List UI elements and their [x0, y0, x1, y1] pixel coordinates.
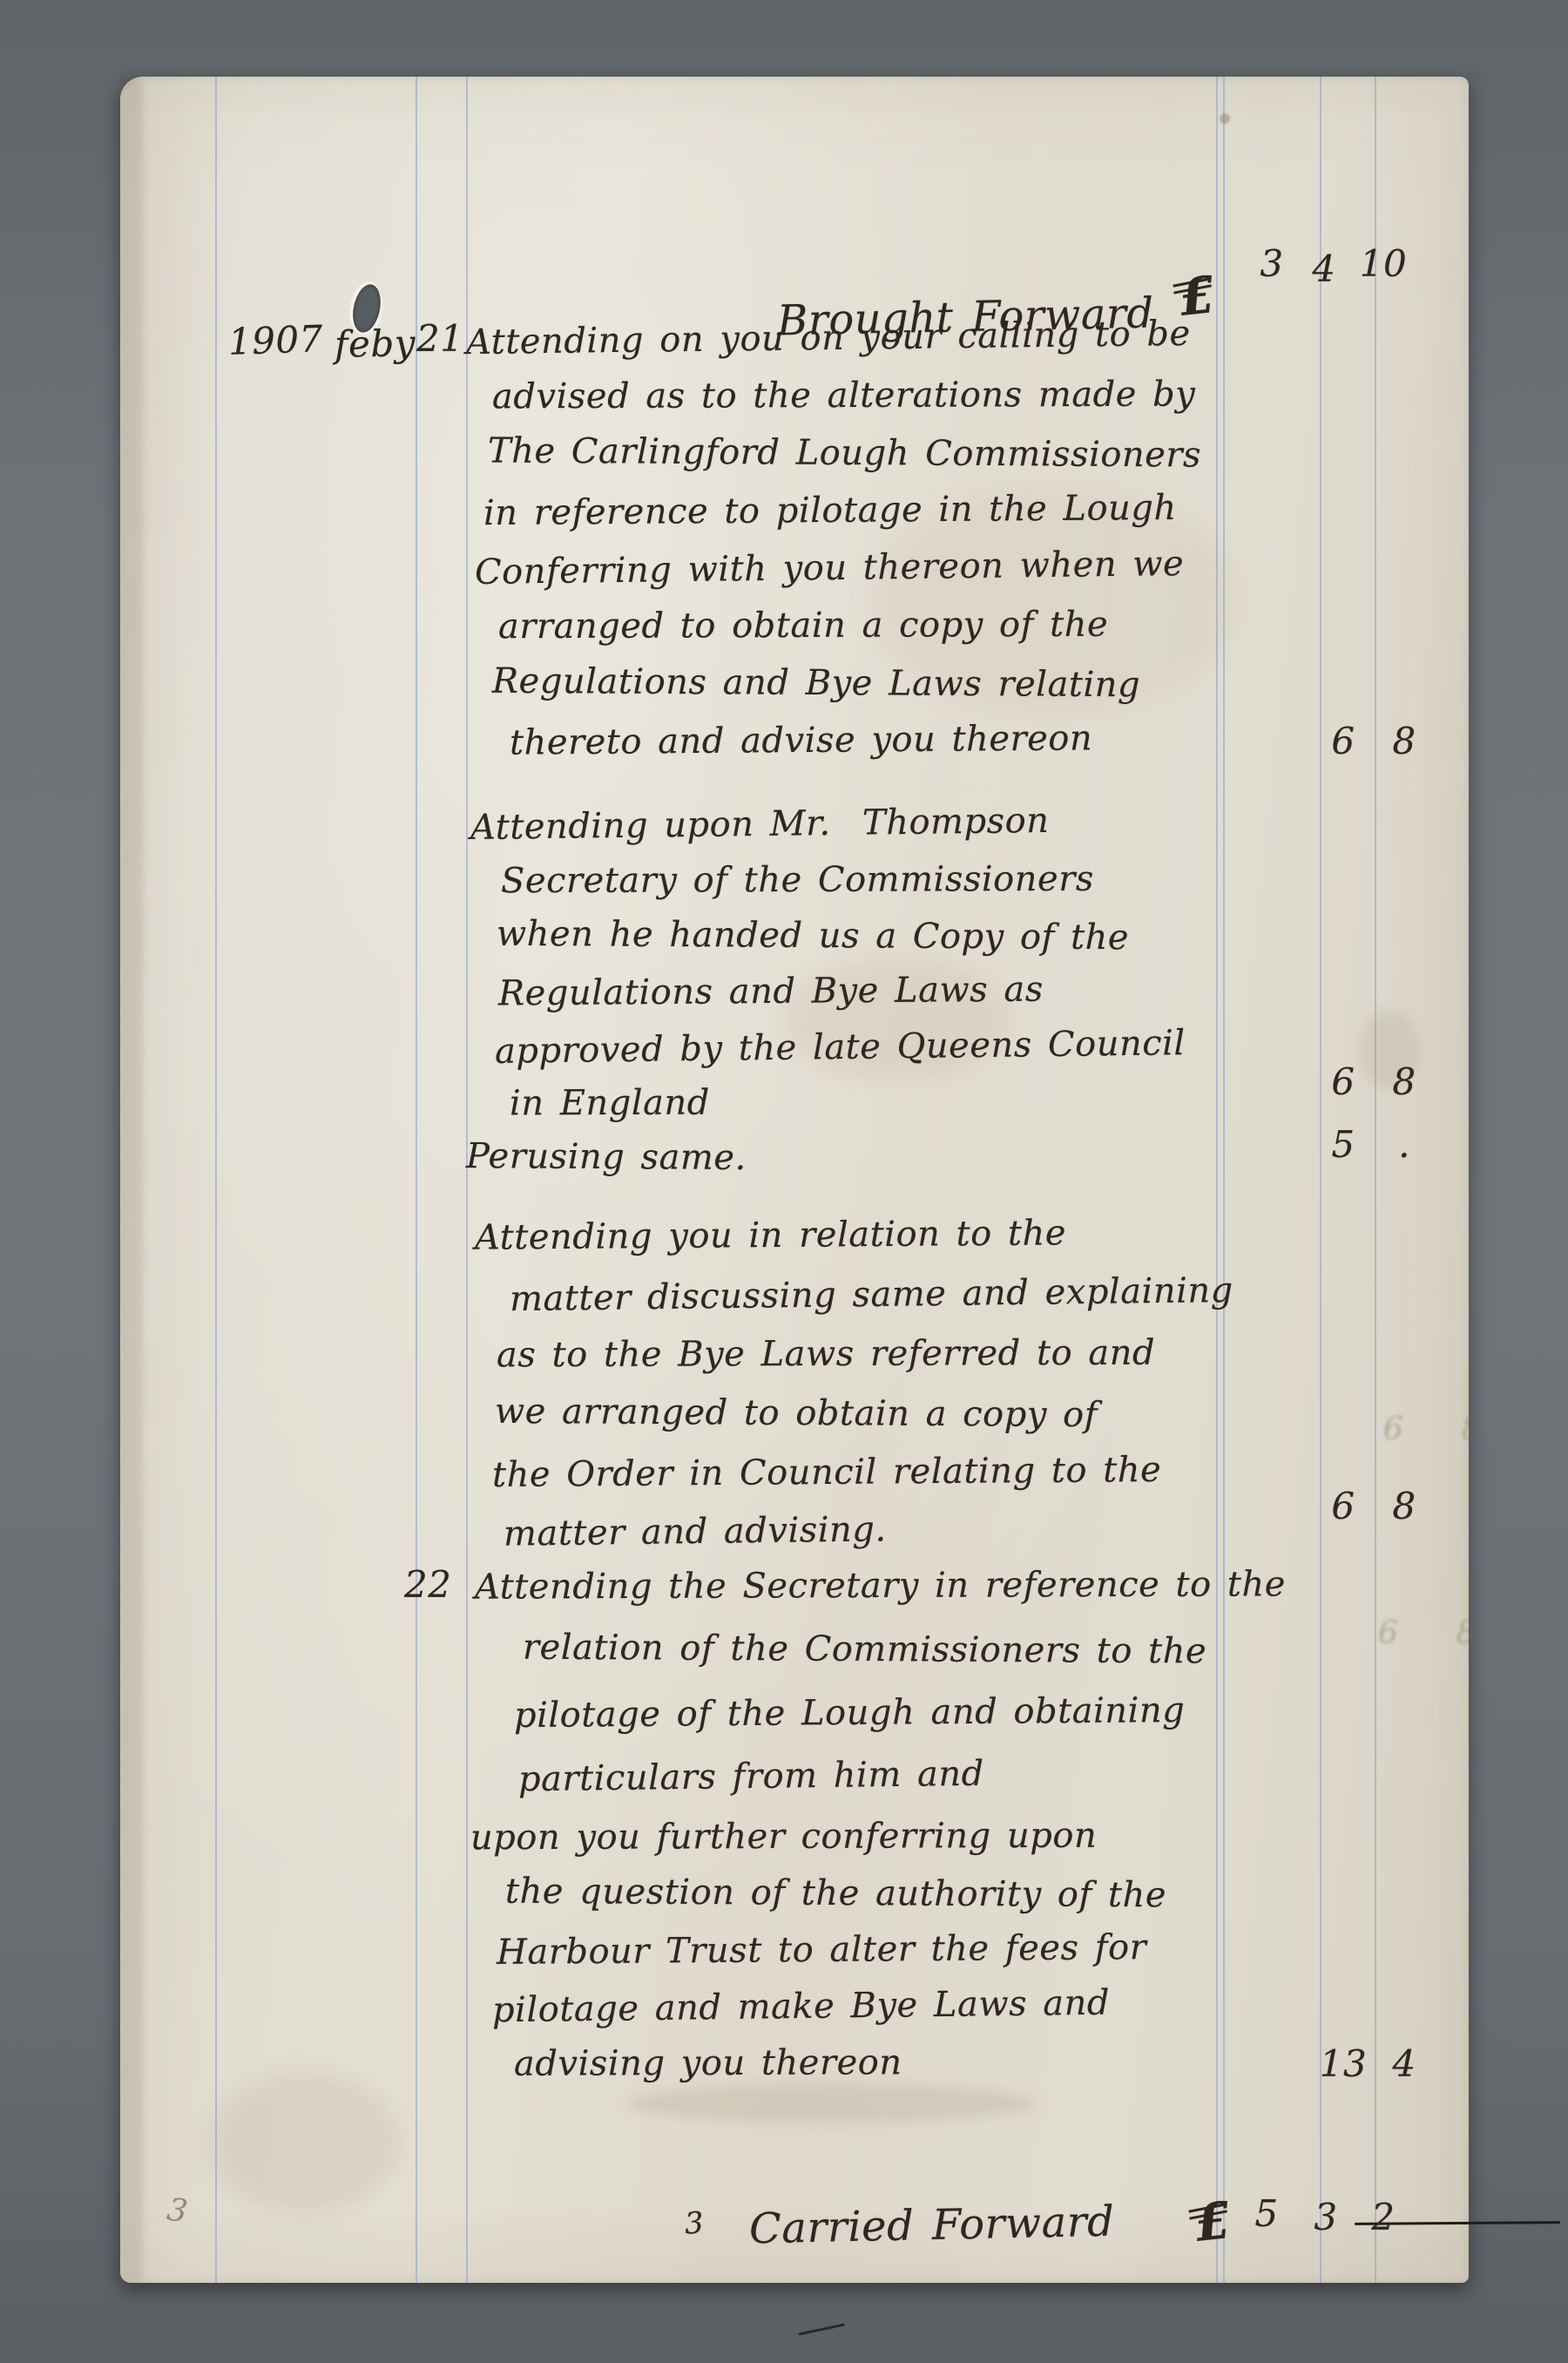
- fee-shillings: 6: [1315, 1060, 1371, 1104]
- edge-crease: [120, 77, 143, 2283]
- ledger-page: Brought Forward £ 3 4 10 1907feby21Atten…: [120, 77, 1469, 2283]
- entry-line: when he handed us a Copy of the: [497, 913, 1129, 958]
- brought-forward-pence: 10: [1357, 242, 1409, 286]
- entry-day: 22: [404, 1563, 451, 1607]
- entry-line: pilotage of the Lough and obtaining: [514, 1689, 1186, 1737]
- fee-pence: 8: [1376, 1060, 1432, 1104]
- entry-line: advised as to the alterations made by: [492, 374, 1195, 418]
- photo-background: { "document_type": "handwritten solicito…: [0, 0, 1568, 2363]
- stain-smudge: [209, 2074, 401, 2213]
- fee-shillings: 6: [1315, 1485, 1371, 1528]
- entry-line: Regulations and Bye Laws as: [498, 969, 1044, 1015]
- entry-line: as to the Bye Laws referred to and: [497, 1332, 1155, 1377]
- carried-forward-pounds: 5: [1240, 2192, 1293, 2236]
- fee-pence: .: [1376, 1123, 1432, 1167]
- entry-line: upon you further conferring upon: [470, 1815, 1097, 1859]
- carried-forward-shillings: 3: [1300, 2196, 1352, 2239]
- entry-line: advising you thereon: [514, 2041, 902, 2085]
- entry-line: Attending on you on your calling to be: [466, 313, 1191, 363]
- entry-line: Attending upon Mr. Thompson: [470, 800, 1050, 849]
- fee-shillings: 13: [1315, 2042, 1371, 2086]
- bleedthrough-mark: 6 8: [1383, 1412, 1482, 1447]
- entry-date-year: 1907: [227, 317, 324, 364]
- ruled-line-amount-double-b: [1223, 77, 1225, 2283]
- ruled-line-shillings-column: [1320, 77, 1321, 2283]
- ruled-line-date-column: [416, 77, 417, 2283]
- entry-day: 21: [416, 317, 463, 361]
- entry-line: the Order in Council relating to the: [492, 1449, 1162, 1496]
- entry-line: Attending you in relation to the: [475, 1212, 1066, 1258]
- entry-line: matter and advising.: [504, 1508, 887, 1554]
- entry-line: relation of the Commissioners to the: [523, 1627, 1206, 1673]
- page-number-pencil: 3: [165, 2190, 191, 2231]
- entry-line: particulars from him and: [518, 1753, 984, 1801]
- stain-smudge: [627, 2084, 1037, 2123]
- pound-glyph: £: [1192, 2190, 1233, 2253]
- fee-pence: 8: [1376, 1485, 1432, 1528]
- entry-line: Perusing same.: [466, 1135, 747, 1179]
- fee-pence: 8: [1376, 720, 1432, 763]
- ruled-line-pence-column: [1375, 77, 1376, 2283]
- entry-line: Harbour Trust to alter the fees for: [497, 1926, 1147, 1974]
- ruled-line-amount-double-a: [1216, 77, 1218, 2283]
- entry-line: pilotage and make Bye Laws and: [492, 1982, 1111, 2032]
- brought-forward-pounds: 3: [1246, 242, 1298, 286]
- entry-line: Attending the Secretary in reference to …: [475, 1563, 1286, 1608]
- entry-line: approved by the late Queens Council: [495, 1022, 1186, 1073]
- stain-speck: [1220, 113, 1230, 124]
- entry-line: in England: [510, 1082, 710, 1125]
- page-number-ink: 3: [684, 2205, 706, 2242]
- page-number-ink-underline: [798, 2323, 844, 2335]
- carried-forward-label: Carried Forward: [748, 2197, 1114, 2255]
- brought-forward-shillings: 4: [1298, 247, 1350, 291]
- entry-line: matter discussing same and explaining: [510, 1270, 1233, 1320]
- entry-line: arranged to obtain a copy of the: [498, 604, 1108, 647]
- carried-forward-pence: 2: [1357, 2196, 1409, 2239]
- pound-sign-footer: £: [1192, 2190, 1233, 2254]
- fee-shillings: 6: [1315, 720, 1371, 763]
- entry-line: Secretary of the Commissioners: [501, 858, 1094, 902]
- bleedthrough-mark: 6 8: [1378, 1615, 1477, 1651]
- entry-line: the question of the authority of the: [505, 1871, 1166, 1917]
- entry-line: Conferring with you thereon when we: [475, 543, 1185, 593]
- fee-shillings: 5: [1315, 1123, 1371, 1167]
- entry-line: The Carlingford Lough Commissioners: [488, 430, 1201, 476]
- entry-line: we arranged to obtain a copy of: [495, 1391, 1098, 1436]
- ruled-line-day-column: [466, 77, 468, 2283]
- entry-line: Regulations and Bye Laws relating: [492, 660, 1140, 707]
- entry-date-month: feby: [335, 322, 416, 367]
- entry-line: in reference to pilotage in the Lough: [483, 487, 1177, 534]
- fee-pence: 4: [1376, 2042, 1432, 2086]
- ruled-line-margin: [215, 77, 217, 2283]
- entry-line: thereto and advise you thereon: [510, 717, 1093, 763]
